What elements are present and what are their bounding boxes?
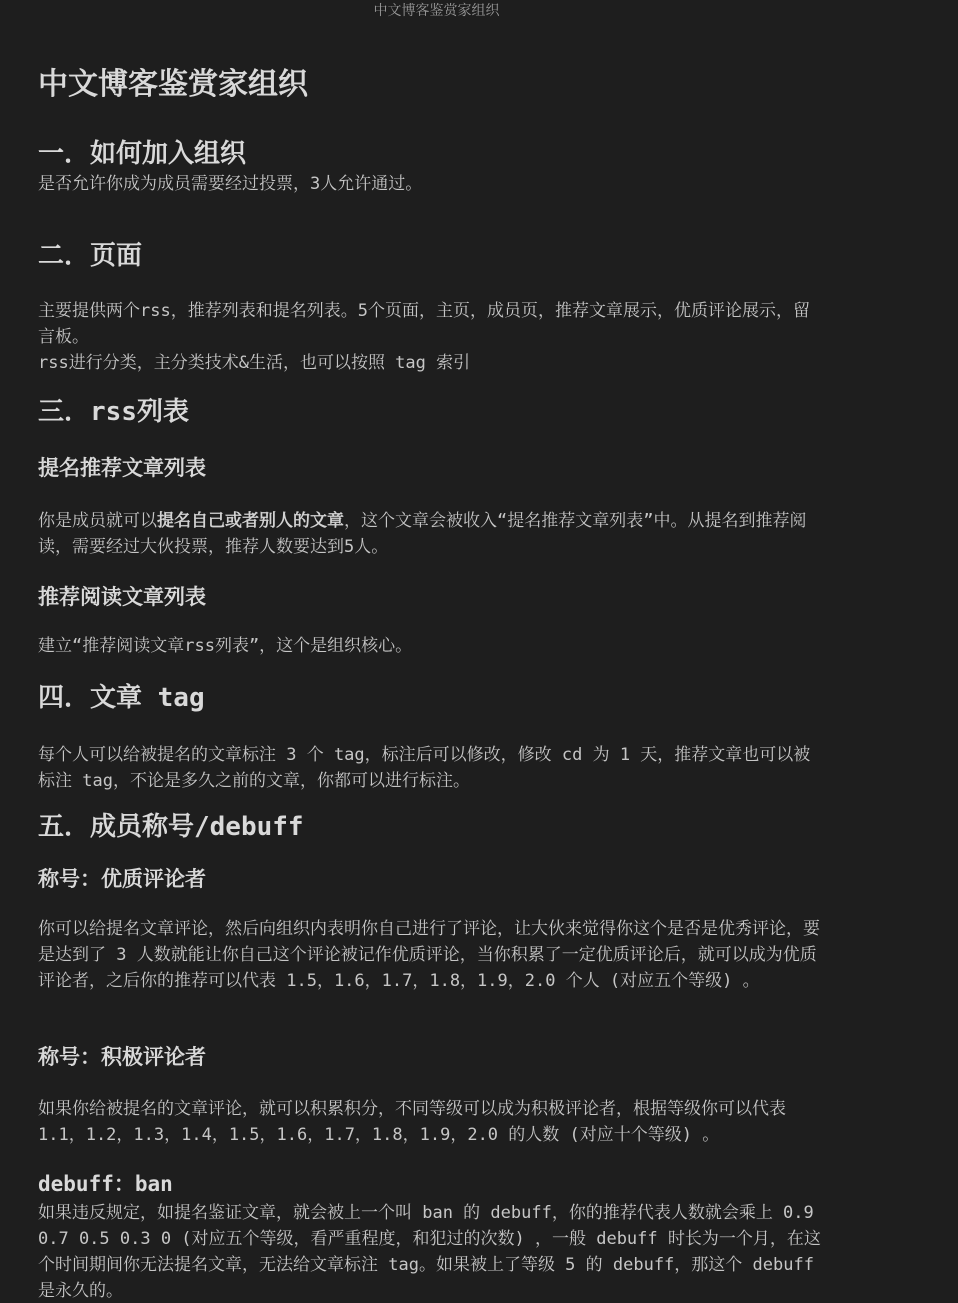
paragraph-recommended-list: 建立“推荐阅读文章rss列表”，这个是组织核心。 xyxy=(38,633,824,659)
page-title: 中文博客鉴赏家组织 xyxy=(38,66,824,104)
paragraph-quality-commenter: 你可以给提名文章评论，然后向组织内表明你自己进行了评论，让大伙来觉得你这个是否是… xyxy=(38,916,824,994)
subsection-heading-quality-commenter: 称号：优质评论者 xyxy=(38,865,824,893)
paragraph-debuff-ban: 如果违反规定，如提名鉴证文章，就会被上一个叫 ban 的 debuff，你的推荐… xyxy=(38,1200,824,1303)
section-heading-join: 一．如何加入组织 xyxy=(38,138,824,171)
subsection-heading-nominated-list: 提名推荐文章列表 xyxy=(38,454,824,482)
section-heading-rss-list: 三．rss列表 xyxy=(38,396,824,429)
text-run: 你是成员就可以 xyxy=(38,511,157,531)
section-heading-titles-debuff: 五．成员称号/debuff xyxy=(38,811,824,844)
paragraph-nominated-list: 你是成员就可以提名自己或者别人的文章，这个文章会被收入“提名推荐文章列表”中。从… xyxy=(38,508,824,560)
document-body: 中文博客鉴赏家组织 一．如何加入组织 是否允许你成为成员需要经过投票，3人允许通… xyxy=(0,66,958,1303)
paragraph-active-commenter: 如果你给被提名的文章评论，就可以积累积分，不同等级可以成为积极评论者，根据等级你… xyxy=(38,1096,824,1148)
subsection-heading-debuff-ban: debuff：ban xyxy=(38,1170,824,1198)
section-heading-article-tag: 四．文章 tag xyxy=(38,682,824,715)
subsection-heading-recommended-list: 推荐阅读文章列表 xyxy=(38,583,824,611)
document-title: 中文博客鉴赏家组织 xyxy=(0,0,873,19)
paragraph-pages: 主要提供两个rss，推荐列表和提名列表。5个页面，主页，成员页，推荐文章展示，优… xyxy=(38,298,824,376)
bold-text: 提名自己或者别人的文章 xyxy=(157,511,344,531)
paragraph-join: 是否允许你成为成员需要经过投票，3人允许通过。 xyxy=(38,171,824,197)
paragraph-article-tag: 每个人可以给被提名的文章标注 3 个 tag，标注后可以修改，修改 cd 为 1… xyxy=(38,742,824,794)
subsection-heading-active-commenter: 称号：积极评论者 xyxy=(38,1043,824,1071)
section-heading-pages: 二．页面 xyxy=(38,240,824,273)
